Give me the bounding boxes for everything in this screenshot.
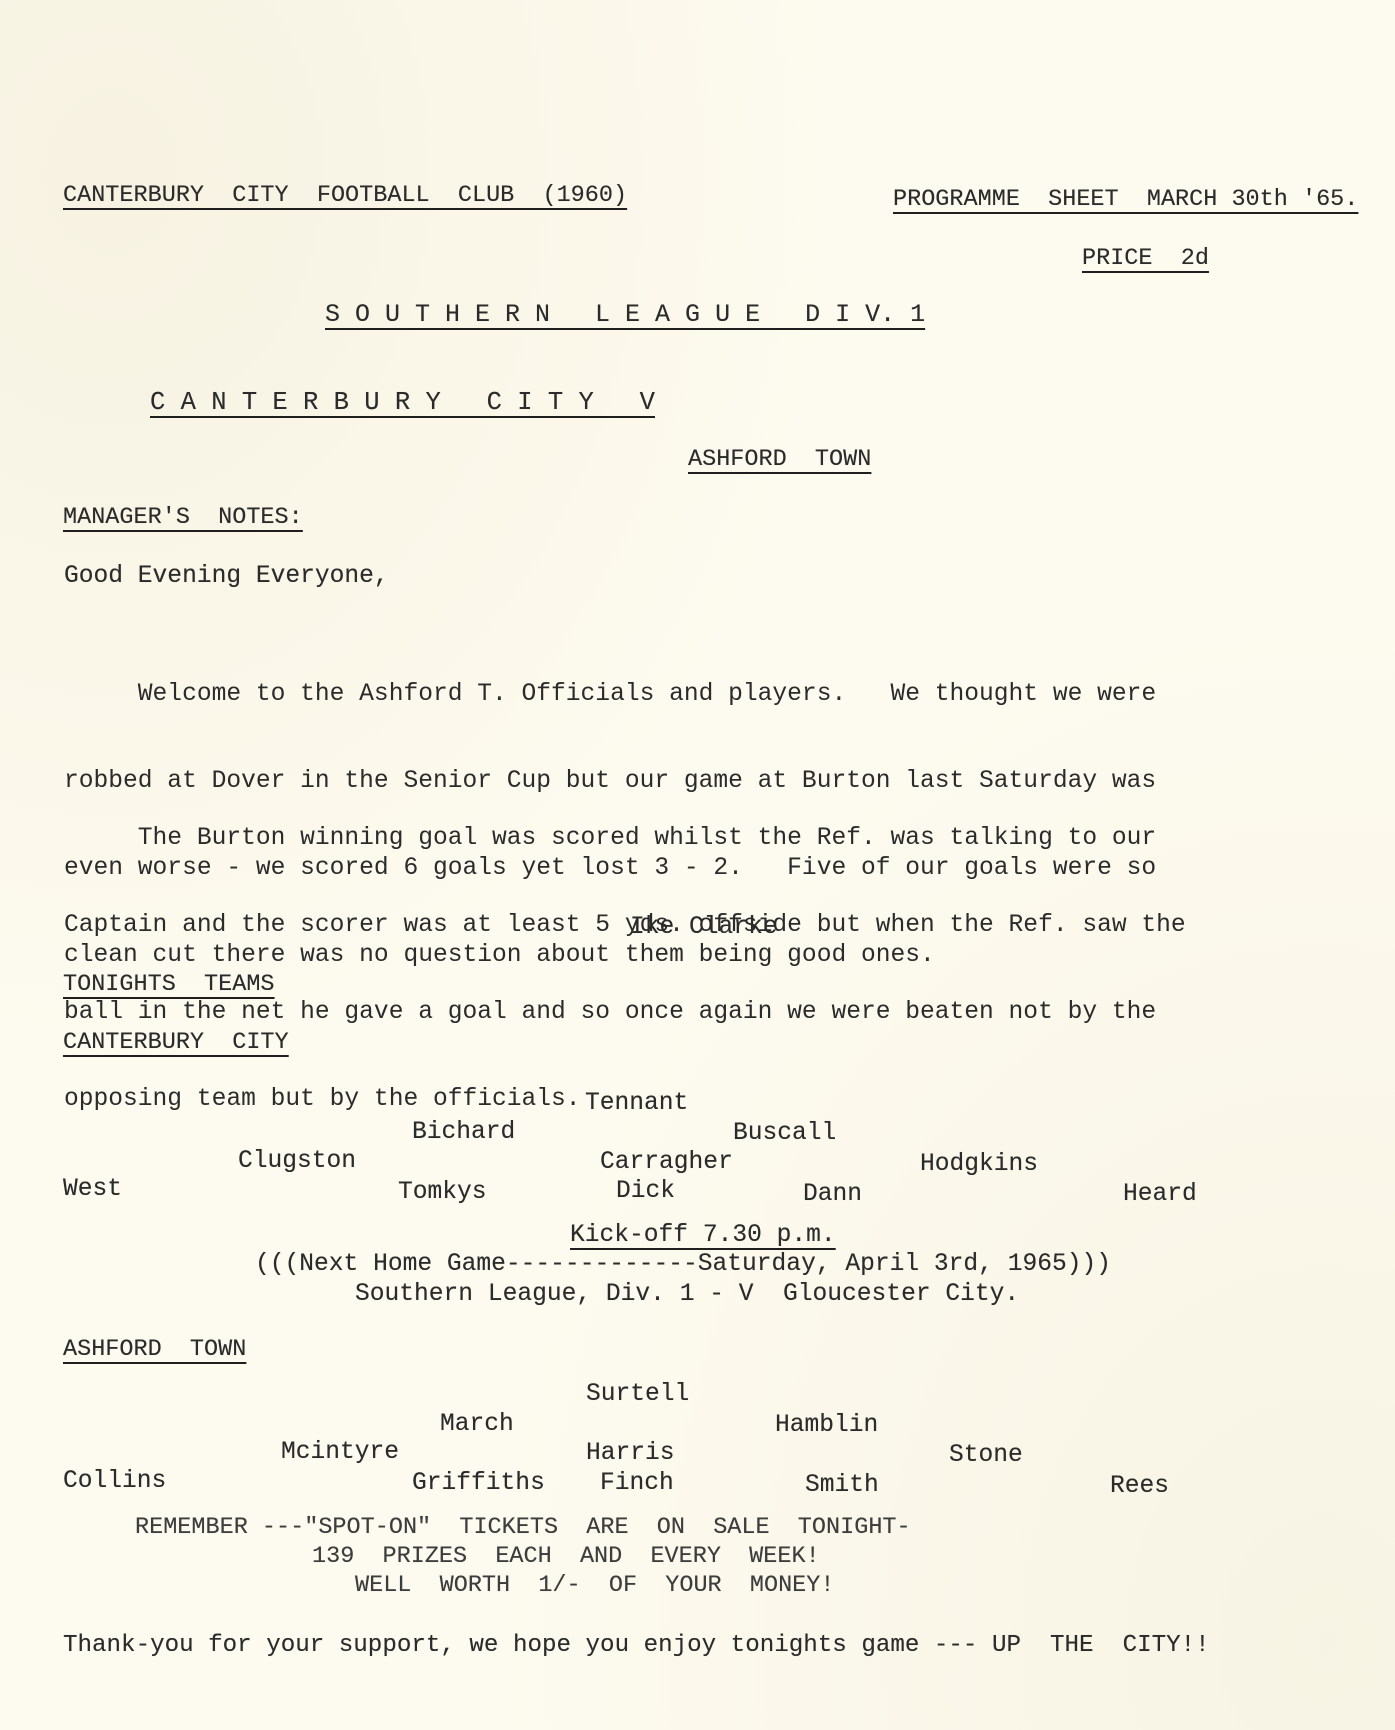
home-player-centre-half: Carragher <box>600 1151 733 1176</box>
away-player-centre-half: Harris <box>586 1442 675 1467</box>
home-player-goalkeeper: Tennant <box>585 1092 688 1117</box>
away-player-right-back: March <box>440 1413 514 1438</box>
away-player-outside-right: Collins <box>63 1470 166 1495</box>
promo-line-3: WELL WORTH 1/- OF YOUR MONEY! <box>355 1574 834 1598</box>
away-player-inside-left: Smith <box>805 1474 879 1499</box>
notes-paragraph-2: The Burton winning goal was scored whils… <box>64 766 1186 1143</box>
notes-line: Captain and the scorer was at least 5 yd… <box>64 911 1186 940</box>
competition-title: S O U T H E R N L E A G U E D I V. 1 <box>325 302 925 327</box>
kickoff-time: Kick-off 7.30 p.m. <box>570 1224 836 1249</box>
away-team-heading: ASHFORD TOWN <box>63 1338 246 1362</box>
away-player-left-back: Hamblin <box>775 1414 878 1439</box>
away-player-left-half: Stone <box>949 1444 1023 1469</box>
home-player-outside-right: West <box>63 1178 122 1203</box>
club-title: CANTERBURY CITY FOOTBALL CLUB (1960) <box>63 184 627 208</box>
home-team-title: C A N T E R B U R Y C I T Y V <box>150 390 655 416</box>
promo-line-2: 139 PRIZES EACH AND EVERY WEEK! <box>312 1545 820 1569</box>
away-player-outside-left: Rees <box>1110 1475 1169 1500</box>
away-player-centre-forward: Finch <box>600 1472 674 1497</box>
price-label: PRICE 2d <box>1082 247 1209 271</box>
home-team-heading: CANTERBURY CITY <box>63 1031 289 1055</box>
next-fixture: Southern League, Div. 1 - V Gloucester C… <box>355 1283 1019 1308</box>
away-player-goalkeeper: Surtell <box>586 1383 689 1408</box>
manager-signature: Ike Clarke <box>630 916 778 941</box>
programme-sheet-date: PROGRAMME SHEET MARCH 30th '65. <box>893 188 1358 212</box>
notes-line: The Burton winning goal was scored whils… <box>64 824 1186 853</box>
away-player-inside-right: Griffiths <box>412 1472 545 1497</box>
managers-notes-heading: MANAGER'S NOTES: <box>63 506 303 530</box>
away-player-right-half: Mcintyre <box>281 1441 399 1466</box>
home-player-outside-left: Heard <box>1123 1183 1197 1208</box>
home-player-left-half: Hodgkins <box>920 1153 1038 1178</box>
home-player-inside-left: Dann <box>803 1183 862 1208</box>
home-player-right-back: Bichard <box>412 1121 515 1146</box>
tonights-teams-heading: TONIGHTS TEAMS <box>63 973 275 997</box>
home-player-centre-forward: Dick <box>616 1180 675 1205</box>
closing-message: Thank-you for your support, we hope you … <box>63 1634 1210 1658</box>
greeting: Good Evening Everyone, <box>64 565 389 590</box>
promo-line-1: REMEMBER ---"SPOT-ON" TICKETS ARE ON SAL… <box>135 1516 911 1540</box>
home-player-inside-right: Tomkys <box>398 1181 487 1206</box>
home-player-left-back: Buscall <box>733 1122 836 1147</box>
away-team-title: ASHFORD TOWN <box>688 448 871 472</box>
next-home-game: (((Next Home Game-------------Saturday, … <box>255 1253 1111 1278</box>
home-player-right-half: Clugston <box>238 1150 356 1175</box>
notes-line: ball in the net he gave a goal and so on… <box>64 998 1186 1027</box>
notes-line: Welcome to the Ashford T. Officials and … <box>64 680 1156 709</box>
